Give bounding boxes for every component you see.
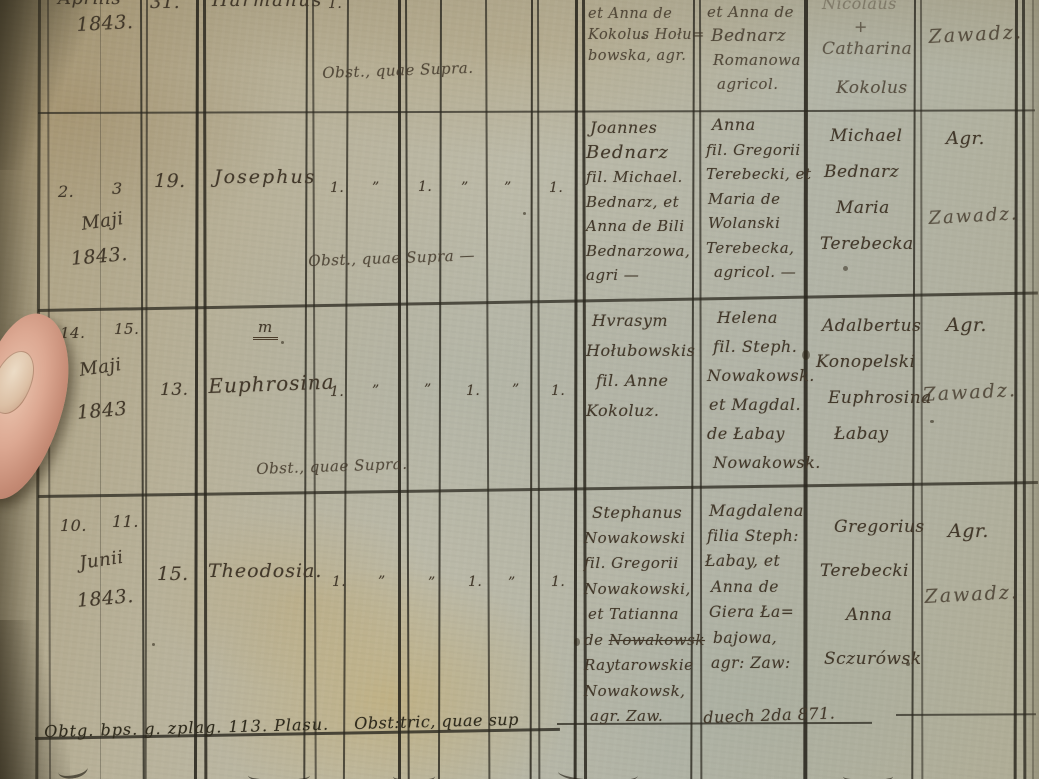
godparent-line: Catharina: [822, 38, 917, 61]
mother-line: fil. Gregorii: [706, 138, 806, 163]
entry-date-day-baptized: 3: [112, 179, 123, 198]
father-line: agri —: [586, 263, 694, 288]
godparent-line: Maria: [836, 190, 915, 226]
entry-status: Agr.: [946, 314, 987, 336]
entry-child-name: Josephus: [214, 166, 316, 188]
godparents-column-cell: Michael Bednarz Maria Terebecka: [820, 118, 915, 262]
table-rule-vertical: [194, 0, 199, 779]
entry-tally-mark: ”: [428, 575, 436, 591]
mother-line: agricol. —: [714, 260, 806, 285]
entry-house-number: 31.: [150, 0, 180, 13]
entry-date-month: Aprilis: [58, 0, 121, 9]
table-rule-vertical: [574, 0, 578, 779]
father-line: Nowakowski: [584, 526, 694, 552]
table-rule-vertical: [530, 0, 533, 779]
entry-tally-mark: 1.: [330, 384, 344, 400]
midwife-note: Obst., quae Supra —: [308, 246, 475, 270]
entry-status: Agr.: [948, 520, 989, 542]
mother-line: Wolanski: [708, 211, 806, 236]
godparents-column-cell: Adalbertus Konopelski Euphrosina Łabay: [816, 308, 916, 452]
godparent-line: Gregorius: [834, 505, 915, 549]
entry-date-day-baptized: 11.: [112, 512, 139, 531]
mother-line: Giera Ła=: [709, 600, 805, 626]
entry-date-year: 1843.: [76, 585, 135, 612]
table-rule-vertical: [438, 0, 442, 779]
mother-line: Romanowa: [713, 48, 807, 72]
father-line: Kokolus Hołu=: [588, 25, 696, 46]
godparent-line: Euphrosina: [828, 380, 916, 416]
father-line: Kokoluz.: [586, 396, 694, 426]
father-line: Bednarz: [586, 141, 694, 166]
entry-date-day-written: 10.: [60, 516, 87, 535]
entry-place: Zawadz.: [922, 379, 1017, 406]
father-line: Joannes: [590, 116, 694, 141]
mother-column-cell: Magdalena filia Steph: Łabay, et Anna de…: [705, 498, 805, 677]
mother-column-cell: Helena fil. Steph. Nowakowsk. et Magdal.…: [707, 303, 807, 477]
father-line: fil. Gregorii: [584, 551, 694, 577]
entry-date-year: 1843: [76, 398, 128, 424]
godparent-line: Łabay: [834, 416, 916, 452]
mother-line: agricol.: [717, 72, 807, 96]
father-line: fil. Anne: [596, 366, 694, 396]
table-rule-vertical: [537, 0, 540, 779]
mother-line: bajowa,: [713, 626, 805, 652]
ink-speck: [843, 266, 848, 271]
mother-line: Magdalena: [709, 498, 805, 524]
mother-line: de Łabay: [707, 419, 807, 448]
father-line: Hvrasym: [592, 306, 694, 336]
midwife-note: Obst., quae Supra.: [322, 59, 474, 82]
cut-off-row-fragment: [843, 770, 893, 779]
cut-off-row-fragment: [393, 770, 435, 779]
entry-date-year: 1843.: [70, 243, 129, 270]
table-rule-vertical: [203, 0, 207, 779]
entry-place: Zawadz.: [928, 203, 1019, 229]
mother-line: fil. Steph.: [713, 332, 807, 361]
mother-line: Maria de: [708, 187, 806, 212]
ink-blob-on-rule: [574, 638, 580, 646]
mother-line: Nowakowsk.: [713, 448, 807, 477]
father-line: Raytarowskie: [584, 653, 694, 679]
struck-word: Nowakowsk: [609, 631, 705, 649]
entry-date-month: Maji: [78, 354, 123, 381]
table-rule-vertical: [398, 0, 401, 779]
father-line: bowska, agr.: [588, 46, 696, 67]
father-column-cell: et Anna de Kokolus Hołu= bowska, agr.: [588, 4, 696, 67]
godparent-line: Konopelski: [816, 344, 916, 380]
entry-tally-mark: ”: [512, 382, 520, 398]
cut-off-row-fragment: [558, 762, 639, 779]
godparent-line: Bednarz: [824, 154, 915, 190]
entry-child-name: Harmanus: [212, 0, 323, 11]
entry-place: Zawadz.: [924, 581, 1019, 608]
mother-line: et Magdal.: [709, 390, 807, 419]
father-line: agr. Zaw.: [590, 704, 694, 730]
father-line: Nowakowsk,: [584, 679, 694, 705]
entry-tally-mark: 1.: [330, 180, 344, 196]
mother-line: Anna: [712, 113, 806, 138]
mother-column-cell: et Anna de Bednarz Romanowa agricol.: [707, 0, 807, 96]
entry-tally-mark: ”: [372, 180, 380, 196]
godparent-line: Nicolaus: [822, 0, 917, 15]
entry-child-name: Euphrosina: [208, 370, 335, 398]
mother-line: Nowakowsk.: [707, 361, 807, 390]
entry-tally-mark: ”: [504, 180, 512, 196]
entry-date-month: Maji: [80, 208, 125, 235]
entry-date-day-written: 2.: [58, 182, 74, 201]
ink-speck: [523, 212, 526, 215]
godparent-line: Anna: [846, 593, 915, 637]
entry-date-year: 1843.: [76, 11, 134, 36]
entry-date-month: Junii: [78, 547, 125, 574]
ink-speck: [152, 643, 155, 646]
mother-line: Bednarz: [711, 24, 807, 48]
ink-speck: [930, 420, 934, 423]
father-line: Stephanus: [592, 500, 694, 526]
entry-tally-mark: 1.: [332, 574, 346, 590]
table-rule-vertical: [1022, 0, 1026, 779]
table-rule-vertical: [100, 0, 101, 779]
entry-house-number: 13.: [160, 380, 189, 400]
bottom-note-left: Obtg. bps. g. zplag. 113. Plasu.: [44, 715, 329, 741]
father-column-cell: Stephanus Nowakowski fil. Gregorii Nowak…: [584, 500, 694, 730]
godparent-line: Kokolus: [836, 77, 917, 100]
mother-line: Terebecki, et: [706, 162, 806, 187]
godparents-column-cell: Gregorius Terebecki Anna Sczurówsk: [820, 505, 915, 681]
entry-tally-mark: 1.: [551, 574, 565, 590]
entry-tally-mark: ”: [424, 382, 432, 398]
father-line: et Anna de: [588, 4, 696, 25]
father-line: Bednarz, et: [586, 190, 694, 215]
entry-tally-mark: ”: [461, 180, 469, 196]
father-line: et Tatianna: [588, 602, 694, 628]
entry-tally-mark: 1.: [468, 574, 482, 590]
table-rule-vertical: [145, 0, 148, 779]
margin-mark: m: [253, 318, 278, 336]
father-line: fil. Michael.: [586, 165, 694, 190]
register-page-photo: Aprilis 1843. 31. Harmanus 1. Obst., qua…: [0, 0, 1039, 779]
father-line-with-strikethrough: de Nowakowsk: [584, 628, 694, 654]
entry-child-name: Theodosia.: [208, 560, 322, 582]
fingernail: [0, 345, 43, 420]
entry-house-number: 15.: [157, 563, 189, 585]
entry-tally-mark: 1.: [418, 179, 432, 195]
godparent-line: Terebecka: [820, 226, 915, 262]
entry-tally-mark: ”: [378, 574, 386, 590]
entry-tally-mark: 1.: [466, 383, 480, 399]
godparent-line: Adalbertus: [822, 308, 916, 344]
father-column-cell: Hvrasym Hołubowskis fil. Anne Kokoluz.: [586, 306, 694, 426]
father-line: Anna de Bili: [586, 214, 694, 239]
entry-place: Zawadz.: [928, 21, 1023, 48]
table-rule-vertical: [485, 0, 490, 779]
godparent-cross: +: [854, 15, 917, 38]
entry-tally-mark: ”: [508, 575, 516, 591]
mother-line: agr: Zaw:: [711, 651, 805, 677]
father-column-cell: Joannes Bednarz fil. Michael. Bednarz, e…: [586, 116, 694, 288]
entry-date-day-baptized: 15.: [114, 320, 139, 338]
cut-off-row-fragment: [57, 759, 89, 779]
godparent-line: Michael: [830, 118, 915, 154]
entry-tally-mark: 1.: [328, 0, 342, 12]
midwife-note: Obst., quae Supra.: [256, 455, 408, 478]
godparent-line: Sczurówsk: [824, 637, 915, 681]
mother-line: Anna de: [711, 575, 805, 601]
table-rule-vertical: [1032, 0, 1034, 779]
margin-mark-letter: m: [253, 318, 278, 340]
mother-column-cell: Anna fil. Gregorii Terebecki, et Maria d…: [706, 113, 806, 285]
struck-prefix: de: [584, 631, 609, 649]
entry-house-number: 19.: [154, 170, 186, 192]
father-line: Nowakowski,: [584, 577, 694, 603]
mother-line: et Anna de: [707, 0, 807, 24]
entry-tally-mark: 1.: [549, 180, 563, 196]
entry-tally-mark: ”: [372, 383, 380, 399]
table-rule-vertical: [699, 0, 702, 779]
mother-line: filia Steph:: [707, 524, 805, 550]
father-line: Hołubowskis: [586, 336, 694, 366]
table-rule-vertical: [405, 0, 410, 779]
godparents-column-cell: Nicolaus + Catharina Kokolus: [822, 0, 917, 100]
entry-status: Agr.: [946, 128, 985, 149]
entry-tally-mark: 1.: [551, 383, 565, 399]
father-line: Bednarzowa,: [586, 239, 694, 264]
cut-off-row-fragment: [248, 768, 310, 779]
mother-line: Helena: [717, 303, 807, 332]
godparent-line: Terebecki: [820, 549, 915, 593]
ink-speck: [281, 341, 284, 344]
mother-line: Terebecka,: [706, 236, 806, 261]
mother-line: Łabay, et: [705, 549, 805, 575]
